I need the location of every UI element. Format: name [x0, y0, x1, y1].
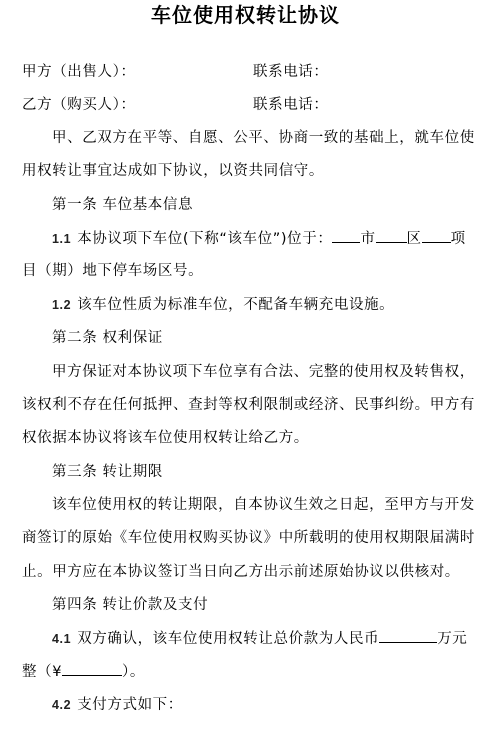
district-blank [376, 228, 407, 243]
preamble-line-1: 甲、乙双方在平等、自愿、公平、协商一致的基础上，就车位使 [52, 128, 475, 148]
clause-4-1: 4.1双方确认，该车位使用权转让总价款为人民币万元 [52, 628, 467, 649]
clause-text: 双方确认，该车位使用权转让总价款为人民币 [77, 631, 379, 647]
clause-1-1: 1.1本协议项下车位(下称“该车位”)位于：市区项 [52, 228, 466, 249]
price-prefix: 整（¥ [22, 664, 62, 680]
document-title: 车位使用权转让协议 [0, 2, 491, 28]
clause-number: 4.1 [52, 632, 71, 646]
clause-text: 该车位性质为标准车位，不配备车辆充电设施。 [77, 297, 394, 313]
price-words-blank [379, 628, 437, 643]
party-b-phone: 联系电话： [253, 95, 329, 115]
article-2-line-3: 权依据本协议将该车位使用权转让给乙方。 [22, 428, 309, 448]
article-1-heading: 第一条 车位基本信息 [52, 195, 193, 215]
clause-number: 1.2 [52, 298, 71, 312]
district-label: 区 [407, 231, 422, 247]
clause-1-1-line-2: 目（期）地下停车场区号。 [22, 261, 203, 281]
party-a-phone: 联系电话： [253, 62, 329, 82]
article-3-line-3: 止。甲方应在本协议签订当日向乙方出示前述原始协议以供核对。 [22, 562, 460, 582]
city-label: 市 [360, 231, 375, 247]
city-blank [332, 228, 360, 243]
project-label: 项 [451, 231, 466, 247]
article-2-line-2: 该权利不存在任何抵押、查封等权利限制或经济、民事纠纷。甲方有 [22, 395, 475, 415]
article-4-heading: 第四条 转让价款及支付 [52, 595, 208, 615]
article-2-heading: 第二条 权利保证 [52, 328, 163, 348]
article-3-heading: 第三条 转让期限 [52, 462, 163, 482]
clause-4-1-line-2: 整（¥）。 [22, 661, 145, 682]
party-a-label: 甲方（出售人）： [22, 64, 136, 80]
clause-1-2: 1.2该车位性质为标准车位，不配备车辆充电设施。 [52, 295, 394, 315]
unit-label: 万元 [437, 631, 467, 647]
preamble-line-2: 用权转让事宜达成如下协议，以资共同信守。 [22, 161, 324, 181]
project-blank [422, 228, 451, 243]
clause-text: 本协议项下车位(下称“该车位”)位于： [77, 231, 332, 247]
party-a-line: 甲方（出售人）： [22, 62, 136, 82]
clause-text: 支付方式如下： [77, 697, 183, 713]
price-suffix: ）。 [122, 664, 145, 680]
clause-4-2: 4.2支付方式如下： [52, 695, 183, 715]
clause-number: 1.1 [52, 232, 71, 246]
article-2-line-1: 甲方保证对本协议项下车位享有合法、完整的使用权及转售权， [52, 362, 475, 382]
party-b-line: 乙方（购买人）： [22, 95, 136, 115]
party-b-label: 乙方（购买人）： [22, 97, 136, 113]
article-3-line-1: 该车位使用权的转让期限，自本协议生效之日起，至甲方与开发 [52, 495, 475, 515]
clause-number: 4.2 [52, 698, 71, 712]
article-3-line-2: 商签订的原始《车位使用权购买协议》中所载明的使用权期限届满时 [22, 528, 475, 548]
price-number-blank [62, 661, 122, 676]
